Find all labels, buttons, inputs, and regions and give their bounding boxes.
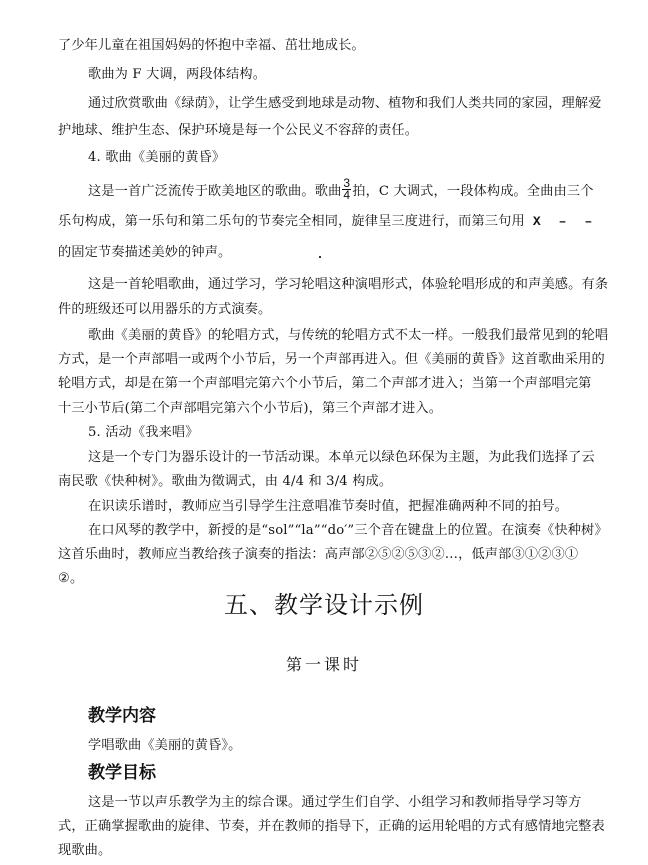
lesson-title: 第一课时 xyxy=(0,652,648,675)
paragraph-line: 这是一首轮唱歌曲，通过学习，学习轮唱这种演唱形式，体验轮唱形成的和声美感。有条 xyxy=(88,276,608,294)
paragraph-line: 南民歌《快种树》。歌曲为徵调式，由 4/4 和 3/4 构成。 xyxy=(58,473,392,491)
paragraph-line: 护地球、维护生态、保护环境是每一个公民义不容辞的责任。 xyxy=(58,122,418,140)
teaching-goals-line: 现歌曲。 xyxy=(58,842,111,860)
paragraph-line: 在识读乐谱时，教师应当引导学生注意唱准节奏时值，把握准确两种不同的拍号。 xyxy=(88,498,568,516)
paragraph-line: 通过欣赏歌曲《绿荫》，让学生感受到地球是动物、植物和我们人类共同的家园，理解爱 xyxy=(88,95,602,113)
teaching-goals-line: 式，正确掌握歌曲的旋律、节奏，并在教师的指导下，正确的运用轮唱的方式有感情地完整… xyxy=(58,818,605,836)
rhythm-dash: – xyxy=(584,214,592,229)
song4-text-before: 这是一首广泛流传于欧美地区的歌曲。歌曲 xyxy=(88,184,341,199)
time-signature-denominator: 4 xyxy=(342,190,351,201)
paragraph-line: 这首乐曲时，教师应当教给孩子演奏的指法：高声部②⑤②⑤③②…，低声部③①②③① xyxy=(58,546,578,564)
document-page: 了少年儿童在祖国妈妈的怀抱中幸福、茁壮地成长。 歌曲为 F 大调，两段体结构。 … xyxy=(0,0,648,865)
paragraph-line: 在口风琴的教学中，新授的是“sol”“la”“do′”三个音在键盘上的位置。在演… xyxy=(88,522,608,540)
paragraph-line: 轮唱方式，却是在第一个声部唱完第六个小节后，第二个声部才进入；当第一个声部唱完第 xyxy=(58,375,592,393)
teaching-content-text: 学唱歌曲《美丽的黄昏》。 xyxy=(88,737,241,755)
paragraph-line: 了少年儿童在祖国妈妈的怀抱中幸福、茁壮地成长。 xyxy=(58,37,365,55)
song4-line1: 这是一首广泛流传于欧美地区的歌曲。歌曲34拍，C 大调式，一段体构成。全曲由三个 xyxy=(88,180,594,203)
rhythm-dash: – xyxy=(559,214,567,229)
song4-line2: 乐句构成，第一乐句和第二乐句的节奏完全相同，旋律呈三度进行，而第三句用X–– xyxy=(58,213,610,231)
paragraph-line: 歌曲《美丽的黄昏》的轮唱方式，与传统的轮唱方式不太一样。一般我们最常见到的轮唱 xyxy=(88,327,608,345)
paragraph-line: 十三小节后(第二个声部唱完第六个小节后)，第三个声部才进入。 xyxy=(58,400,442,418)
subsection-heading-song4: 4. 歌曲《美丽的黄昏》 xyxy=(88,149,225,167)
song4-line3: 的固定节奏描述美妙的钟声。 xyxy=(58,244,231,262)
paragraph-line: 件的班级还可以用器乐的方式演奏。 xyxy=(58,301,271,319)
rhythm-note: X xyxy=(533,214,541,229)
time-signature: 34 xyxy=(342,178,351,201)
paragraph-line: 方式，是一个声部唱一或两个小节后，另一个声部再进入。但《美丽的黄昏》这首歌曲采用… xyxy=(58,351,605,369)
teaching-content-heading: 教学内容 xyxy=(88,705,156,727)
paragraph-line: 歌曲为 F 大调，两段体结构。 xyxy=(88,66,266,84)
teaching-goals-line: 这是一节以声乐教学为主的综合课。通过学生们自学、小组学习和教师指导学习等方 xyxy=(88,794,581,812)
paragraph-line: 这是一个专门为器乐设计的一节活动课。本单元以绿色环保为主题，为此我们选择了云 xyxy=(88,449,595,467)
section-title: 五、教学设计示例 xyxy=(0,585,648,620)
scan-speck xyxy=(319,256,321,258)
rhythm-notation: X–– xyxy=(533,214,610,229)
song4-text-after: 拍，C 大调式，一段体构成。全曲由三个 xyxy=(352,184,593,199)
subsection-heading-activity5: 5. 活动《我来唱》 xyxy=(88,424,199,442)
song4-line2-text: 乐句构成，第一乐句和第二乐句的节奏完全相同，旋律呈三度进行，而第三句用 xyxy=(58,214,525,229)
teaching-goals-heading: 教学目标 xyxy=(88,762,156,784)
